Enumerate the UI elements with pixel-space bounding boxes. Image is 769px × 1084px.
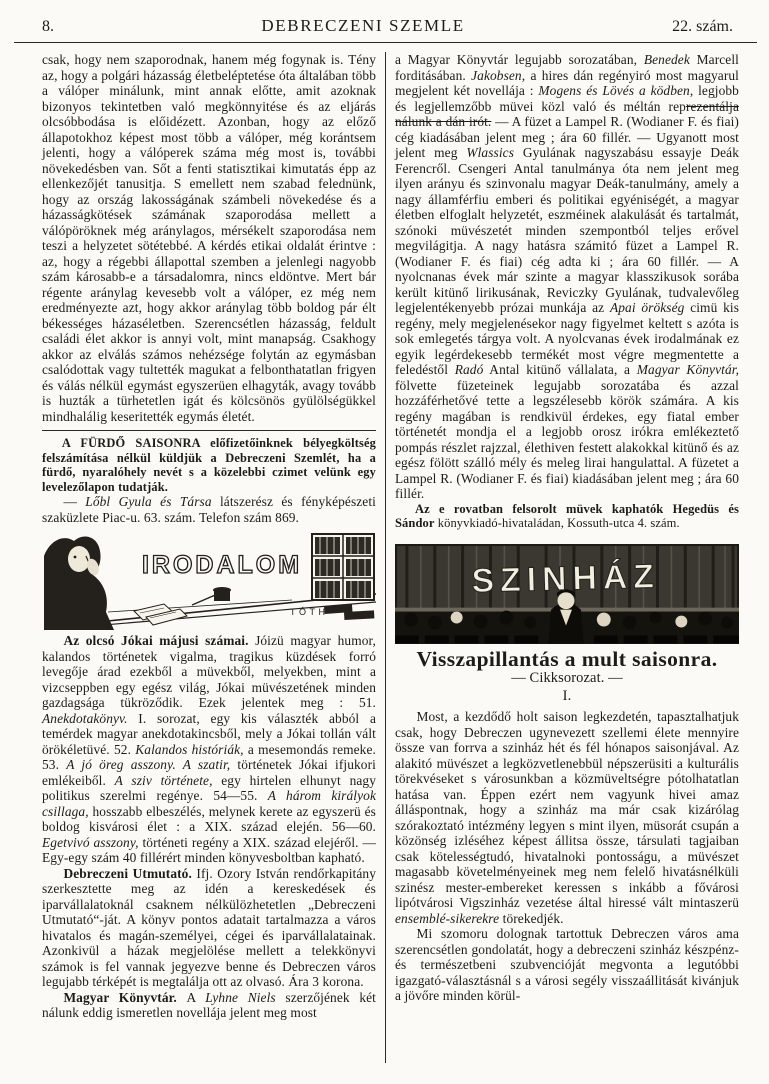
theater-article-subtitle: — Cikksorozat. — [395,671,739,687]
optician-ad: — Lőbl Gyula és Társa látszerész és fény… [42,494,376,525]
theater-paragraph-2: Mi szomoru dolognak tartottuk Debreczen … [395,926,739,1004]
article-magyar-konyvtar: Magyar Könyvtár. A Lyhne Niels szerzőjén… [42,990,376,1021]
two-column-layout: csak, hogy nem szaporodnak, hanem még fo… [0,43,769,1063]
issue-number: 22. szám. [672,18,733,36]
books-availability-note: Az e rovatban felsorolt müvek kaphatók H… [395,502,739,532]
right-column: a Magyar Könyvtár legujabb sorozatában, … [395,52,739,1063]
page-number: 8. [42,18,54,36]
page-header: 8. DEBRECZENI SZEMLE 22. szám. [0,0,769,39]
newspaper-title: DEBRECZENI SZEMLE [54,16,672,36]
column-divider-rule [385,52,386,1063]
section-rule [42,430,376,431]
theater-part-number: I. [395,689,739,705]
article-debreczeni-utmutato: Debreczeni Utmutató. Ifj. Ozory István r… [42,866,376,990]
divorce-article-continuation: csak, hogy nem szaporodnak, hanem még fo… [42,52,376,424]
bath-season-subscriber-notice: A FÜRDŐ SAISONRA előfizetőinknek bélyegk… [42,436,376,494]
theater-article-heading: Visszapillantás a mult saisonra. [395,652,739,668]
left-column: csak, hogy nem szaporodnak, hanem még fo… [42,52,376,1063]
irodalom-section-header-image: IRODALOM TÓTH [42,532,376,630]
szinhaz-illustration: SZINHÁZ [395,544,739,643]
theater-paragraph-1: Most, a kezdődő holt saison legkezdetén,… [395,709,739,926]
newspaper-page: 8. DEBRECZENI SZEMLE 22. szám. csak, hog… [0,0,769,1084]
article-jokai-cheap-issues: Az olcsó Jókai májusi számai. Jóizü magy… [42,633,376,866]
szinhaz-title: SZINHÁZ [471,557,660,600]
irodalom-title: IRODALOM [142,551,302,579]
szinhaz-section-header-image: SZINHÁZ [395,544,739,643]
magyar-konyvtar-continuation: a Magyar Könyvtár legujabb sorozatában, … [395,52,739,502]
artist-signature: TÓTH [290,607,329,617]
irodalom-illustration: IRODALOM TÓTH [42,532,376,630]
